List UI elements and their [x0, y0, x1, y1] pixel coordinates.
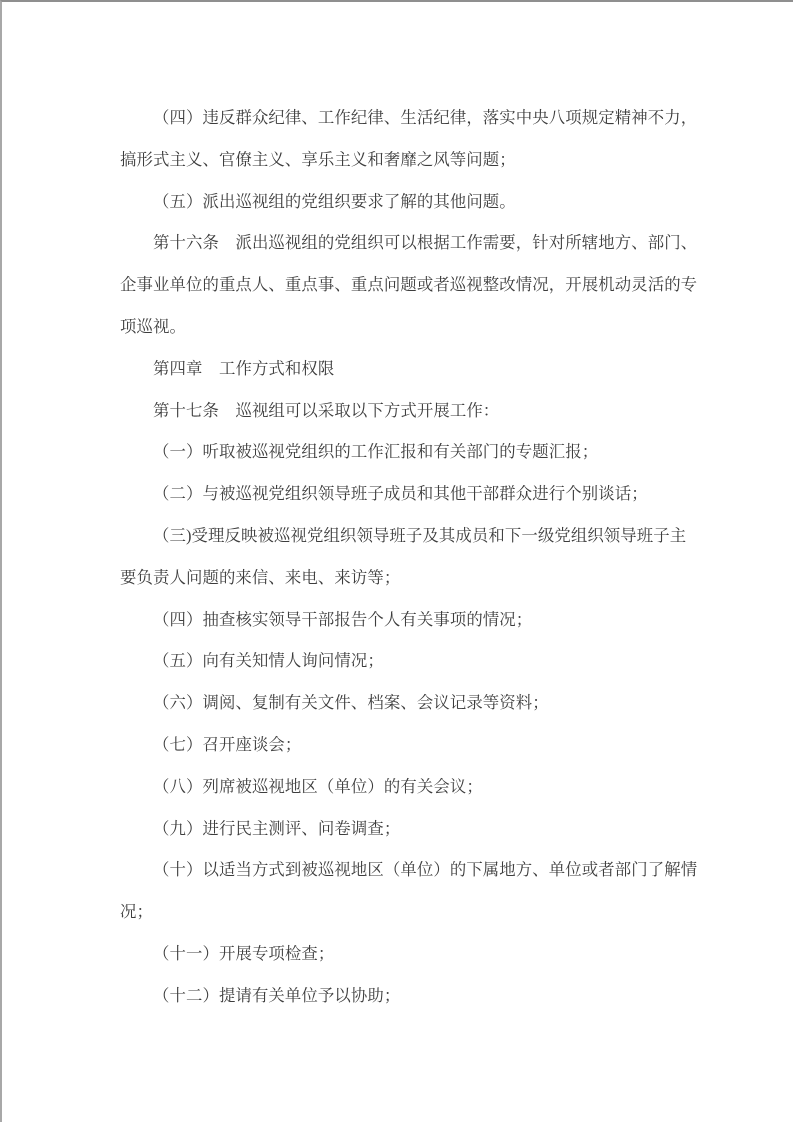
text-line: 企事业单位的重点人、重点事、重点问题或者巡视整改情况，开展机动灵活的专 — [120, 264, 700, 306]
text-line: （五）派出巡视组的党组织要求了解的其他问题。 — [120, 181, 700, 223]
text-line: （六）调阅、复制有关文件、档案、会议记录等资料； — [120, 682, 700, 724]
text-line: （十一）开展专项检查； — [120, 933, 700, 975]
document-page: （四）违反群众纪律、工作纪律、生活纪律，落实中央八项规定精神不力，搞形式主义、官… — [0, 0, 793, 1122]
text-line: （十二）提请有关单位予以协助； — [120, 975, 700, 1017]
text-line: 要负责人问题的来信、来电、来访等； — [120, 557, 700, 599]
text-line: （二）与被巡视党组织领导班子成员和其他干部群众进行个别谈话； — [120, 473, 700, 515]
text-line: （四）违反群众纪律、工作纪律、生活纪律，落实中央八项规定精神不力， — [120, 97, 700, 139]
text-line: 第四章 工作方式和权限 — [120, 348, 700, 390]
text-line: 项巡视。 — [120, 306, 700, 348]
text-line: （七）召开座谈会； — [120, 724, 700, 766]
document-text-block: （四）违反群众纪律、工作纪律、生活纪律，落实中央八项规定精神不力，搞形式主义、官… — [120, 97, 700, 1017]
text-line: （一）听取被巡视党组织的工作汇报和有关部门的专题汇报； — [120, 431, 700, 473]
text-line: 第十六条 派出巡视组的党组织可以根据工作需要，针对所辖地方、部门、 — [120, 222, 700, 264]
text-line: （四）抽查核实领导干部报告个人有关事项的情况； — [120, 599, 700, 641]
text-line: 搞形式主义、官僚主义、享乐主义和奢靡之风等问题； — [120, 139, 700, 181]
text-line: （五）向有关知情人询问情况； — [120, 640, 700, 682]
text-line: （十）以适当方式到被巡视地区（单位）的下属地方、单位或者部门了解情 — [120, 849, 700, 891]
text-line: 第十七条 巡视组可以采取以下方式开展工作： — [120, 390, 700, 432]
text-line: （八）列席被巡视地区（单位）的有关会议； — [120, 766, 700, 808]
text-line: （九）进行民主测评、问卷调查； — [120, 808, 700, 850]
text-line: 况； — [120, 891, 700, 933]
text-line: （三)受理反映被巡视党组织领导班子及其成员和下一级党组织领导班子主 — [120, 515, 700, 557]
